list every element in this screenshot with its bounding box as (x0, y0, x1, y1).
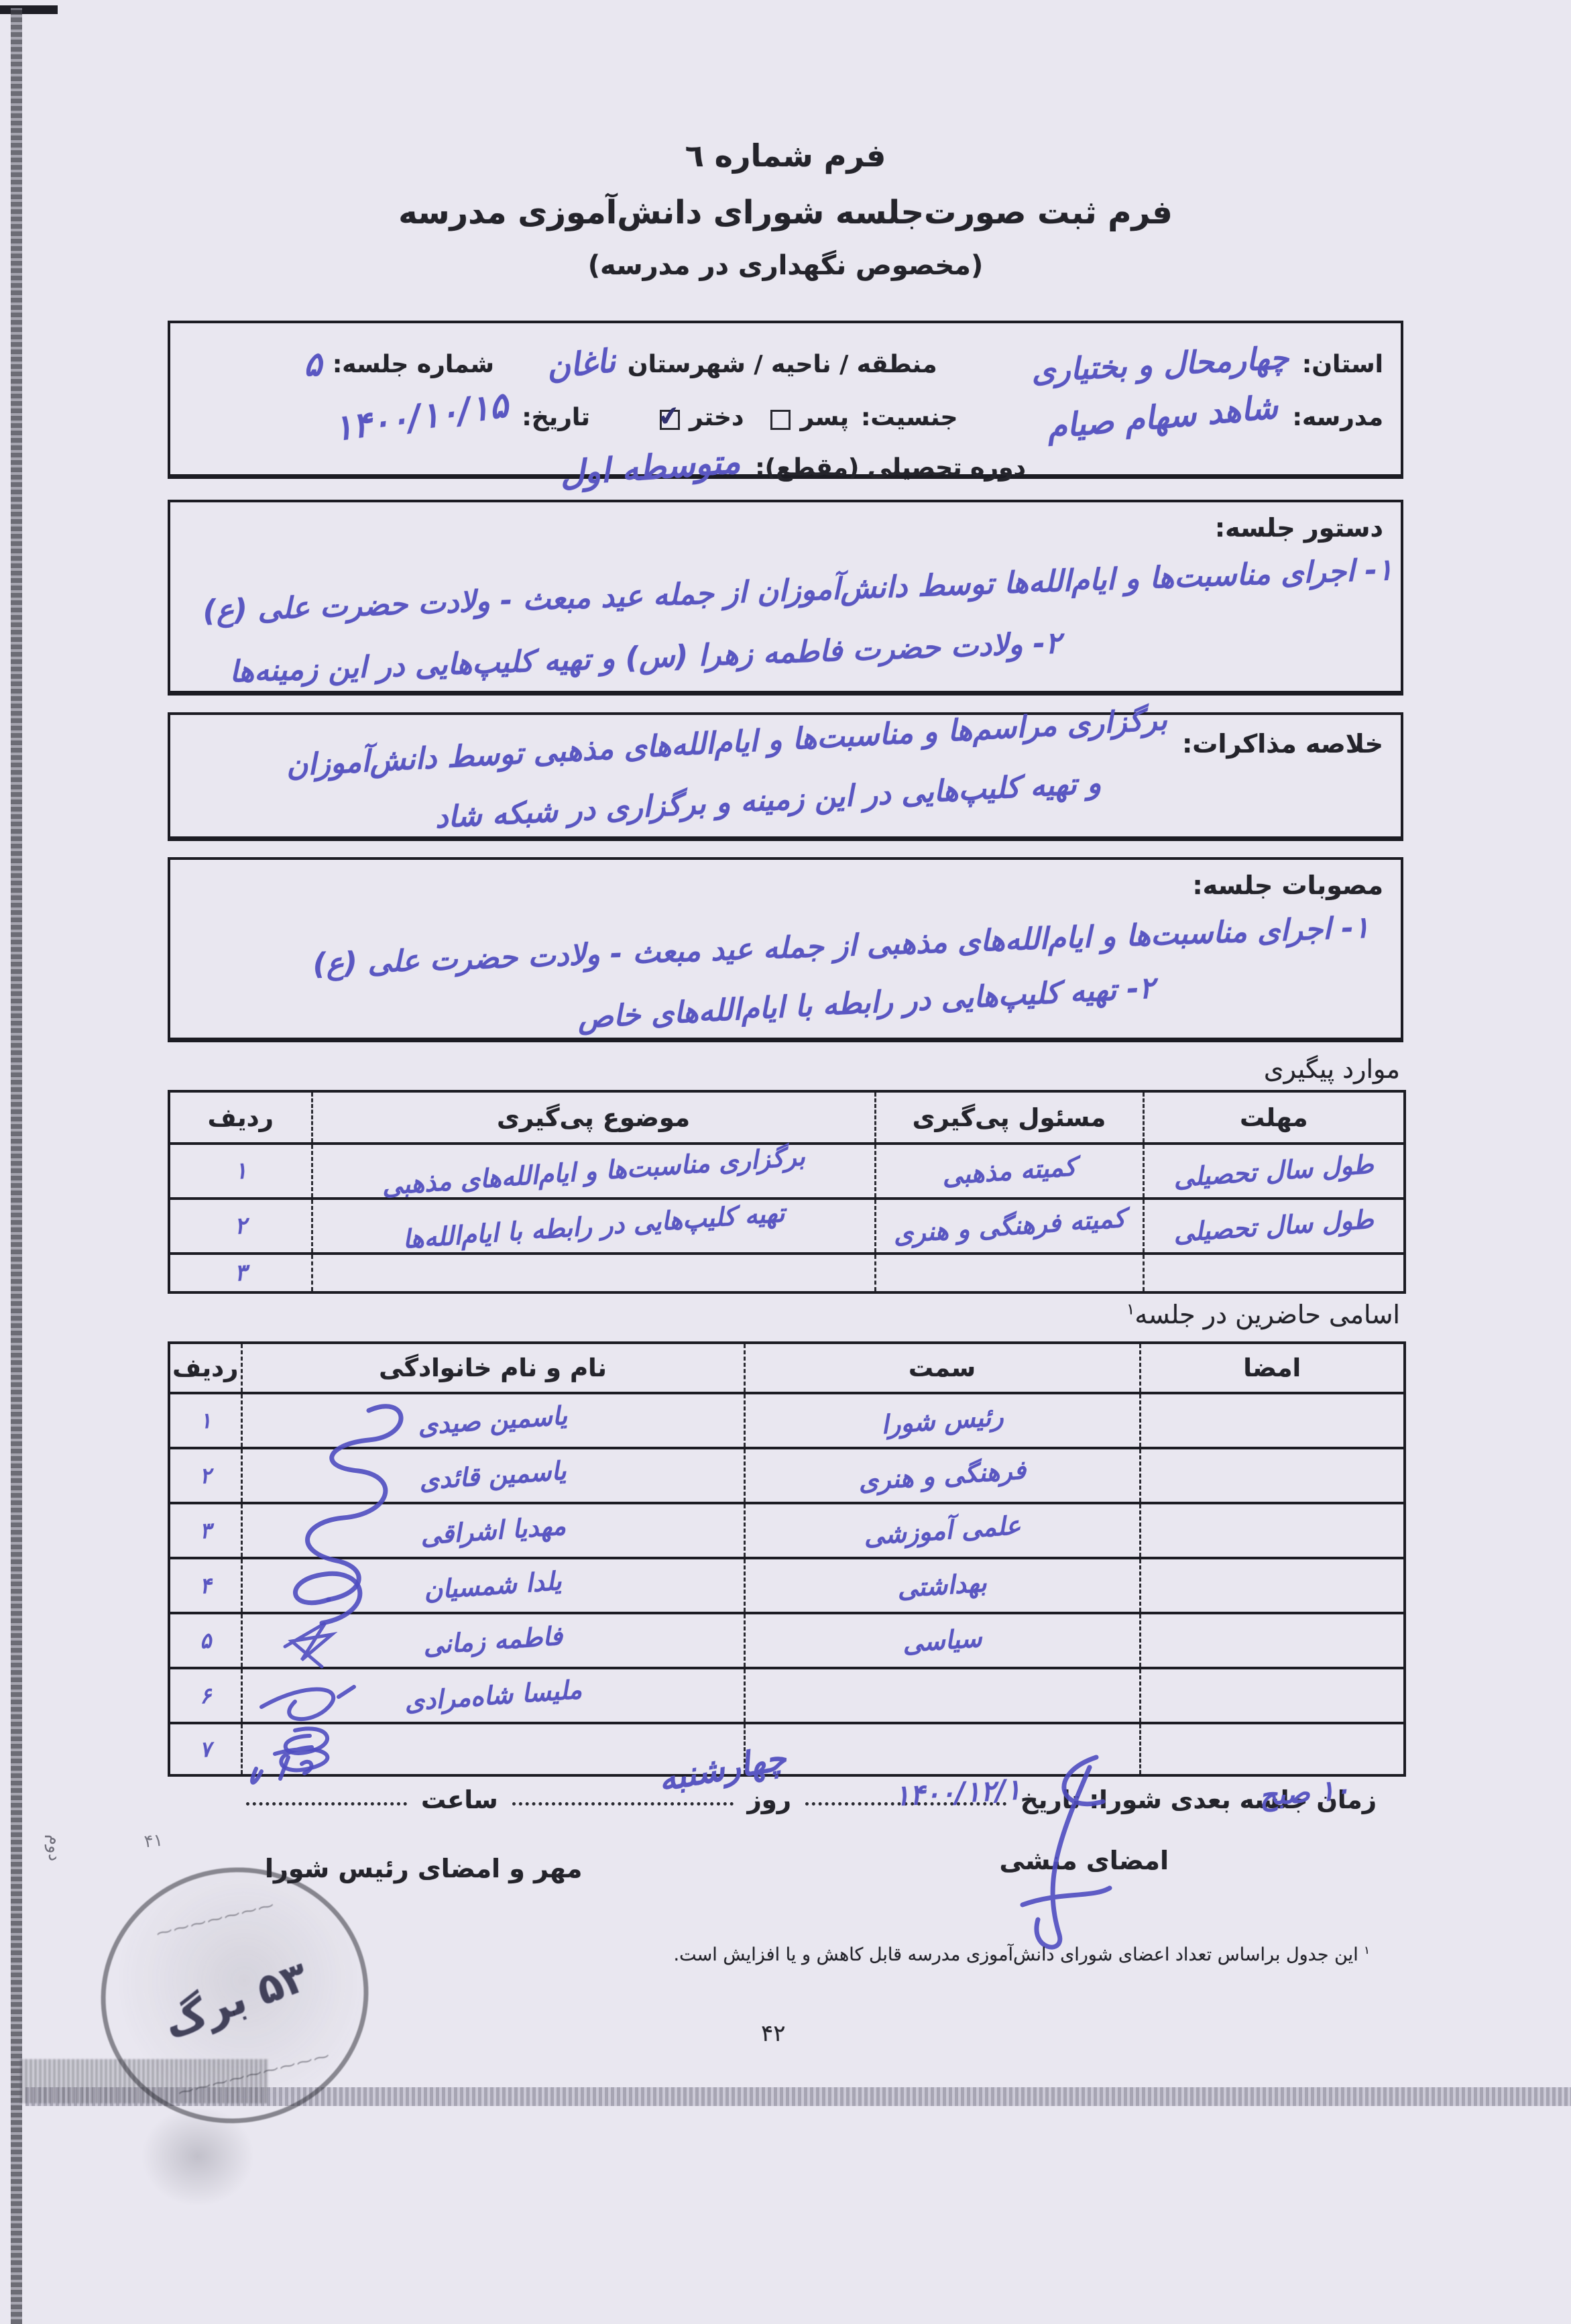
president-signature-label: مهر و امضای رئیس شورا (265, 1854, 582, 1883)
followup-row: طول سال تحصیلی کمیته مذهبی برگزاری مناسب… (169, 1144, 1405, 1199)
attendees-title-text: اسامی حاضرین در جلسه (1134, 1300, 1400, 1329)
province-label: استان: (1302, 351, 1383, 378)
attendee-role: رئیس شورا (880, 1402, 1004, 1440)
attendee-role: سیاسی (901, 1623, 982, 1658)
signature-cell (1140, 1723, 1405, 1775)
attendees-header-row: امضا سمت نام و نام خانوادگی ردیف (169, 1343, 1405, 1393)
attendee-name: مهدیا اشراقی (419, 1510, 567, 1550)
attendee-role: علمی آموزشی (862, 1510, 1021, 1551)
secretary-signature-scribble (959, 1737, 1133, 1958)
attendees-title: اسامی حاضرین در جلسه۱ (1126, 1300, 1400, 1329)
form-subtitle: (مخصوص نگهداری در مدرسه) (0, 250, 1571, 281)
attendee-name: یلدا شمسیان (423, 1566, 563, 1605)
next-meeting-time-label: ساعت (421, 1785, 498, 1814)
attendee-role: بهداشتی (896, 1567, 988, 1603)
signature-cell (1140, 1393, 1405, 1448)
next-meeting-day-label: روز (747, 1785, 791, 1814)
date-label: تاریخ: (522, 404, 590, 431)
scan-edge-mark (0, 5, 58, 14)
followup-subject: تهیه کلیپ‌هایی در رابطه با ایام‌الله‌ها (402, 1198, 785, 1254)
resolutions-label: مصوبات جلسه: (188, 871, 1383, 900)
attendees-header-role: سمت (744, 1343, 1140, 1393)
form-number-title: فرم شماره ٦ (0, 137, 1571, 174)
followup-header-row-no: ردیف (169, 1091, 312, 1144)
table-footnote: ۱ این جدول براساس تعداد اعضای شورای دانش… (163, 1944, 1370, 1965)
check-mark: ✔ (656, 400, 683, 433)
gender-girl-checkbox: ✔ (660, 410, 680, 430)
followup-deadline: طول سال تحصیلی (1173, 1150, 1375, 1193)
next-meeting-line: زمان جلسه بعدی شورا: تاریخ روز ساعت (241, 1785, 1377, 1814)
summary-label: خلاصه مذاکرات: (1182, 729, 1383, 759)
followup-deadline: طول سال تحصیلی (1173, 1205, 1375, 1248)
followup-row-no: ۳ (233, 1259, 247, 1286)
gender-label: جنسیت: (861, 404, 957, 431)
time-blank-line (246, 1785, 407, 1806)
summary-box: خلاصه مذاکرات: برگزاری مراسم‌ها و مناسبت… (168, 712, 1403, 841)
signature-cell (1140, 1503, 1405, 1558)
followup-header-row: مهلت مسئول پی‌گیری موضوع پی‌گیری ردیف (169, 1091, 1405, 1144)
gender-girl-label: دختر (689, 404, 744, 431)
region-label: منطقه / ناحیه / شهرستان (628, 351, 937, 378)
attendees-header-name: نام و نام خانوادگی (241, 1343, 744, 1393)
stamp-center-text: ۵۳ برگ (158, 1952, 314, 2049)
attendees-header-sign: امضا (1140, 1343, 1405, 1393)
school-label: مدرسه: (1293, 404, 1383, 431)
followup-row-no: ۲ (233, 1212, 247, 1239)
gender-boy-checkbox (770, 410, 791, 430)
followup-table: مهلت مسئول پی‌گیری موضوع پی‌گیری ردیف طو… (168, 1090, 1406, 1294)
followup-row: طول سال تحصیلی کمیته فرهنگی و هنری تهیه … (169, 1199, 1405, 1254)
info-row-school: مدرسه: شاهد سهام صیام جنسیت: پسر دختر ✔ … (188, 390, 1383, 444)
scanned-form-page: { "header": { "form_no": "فرم شماره ٦", … (0, 0, 1571, 2324)
attendees-header-row-no: ردیف (169, 1343, 241, 1393)
signature-cell (1140, 1668, 1405, 1723)
session-no-value: ۵ (304, 345, 322, 384)
info-box: استان: چهارمحال و بختیاری منطقه / ناحیه … (168, 321, 1403, 479)
footnote-text: این جدول براساس تعداد اعضای شورای دانش‌آ… (674, 1944, 1358, 1965)
date-value: ۱۴۰۰/۱۰/۱۵ (331, 385, 510, 449)
level-label: دوره تحصیلی (مقطع): (755, 454, 1026, 482)
followup-header-owner: مسئول پی‌گیری (875, 1091, 1143, 1144)
followup-header-deadline: مهلت (1143, 1091, 1405, 1144)
stamp-top-text: ⁓⁓⁓⁓⁓⁓⁓ (154, 1895, 277, 1943)
stamp-bottom-text: ⁓⁓⁓⁓⁓⁓⁓⁓⁓ (176, 2046, 333, 2103)
followup-row-no: ۱ (233, 1157, 247, 1184)
session-no-label: شماره جلسه: (333, 351, 494, 378)
followup-owner: کمیته فرهنگی و هنری (892, 1203, 1126, 1249)
next-meeting-time-value: ۱۰ صبح (1258, 1773, 1350, 1812)
followup-row: ۳ (169, 1254, 1405, 1292)
signature-cell (1140, 1613, 1405, 1668)
level-value: متوسطه اول (559, 442, 742, 494)
info-row-province: استان: چهارمحال و بختیاری منطقه / ناحیه … (188, 338, 1383, 390)
footnote-marker: ۱ (1364, 1944, 1370, 1956)
attendee-signature-row6 (168, 1717, 436, 1791)
page-number: ۴۲ (761, 2020, 786, 2047)
followup-owner: کمیته مذهبی (941, 1152, 1078, 1191)
form-header: فرم شماره ٦ فرم ثبت صورت‌جلسه شورای دانش… (0, 137, 1571, 281)
attendee-name: یاسمین صیدی (417, 1400, 569, 1440)
stamp-side-note: دوم (44, 1834, 64, 1861)
stamp-code-note: ۴۱ (143, 1830, 164, 1852)
attendee-name: فاطمه زمانی (422, 1621, 564, 1660)
attendee-role: فرهنگی و هنری (858, 1455, 1027, 1496)
form-title: فرم ثبت صورت‌جلسه شورای دانش‌آموزی مدرسه (0, 194, 1571, 231)
signature-cell (1140, 1448, 1405, 1503)
province-value: چهارمحال و بختیاری (1030, 339, 1289, 389)
followup-header-subject: موضوع پی‌گیری (312, 1091, 875, 1144)
followup-subject: برگزاری مناسبت‌ها و ایام‌الله‌های مذهبی (381, 1142, 806, 1201)
region-value: ناغان (544, 342, 617, 386)
followup-title: موارد پیگیری (1264, 1054, 1400, 1084)
info-row-level: دوره تحصیلی (مقطع): متوسطه اول (188, 444, 1383, 491)
gender-boy-label: پسر (800, 404, 849, 431)
agenda-label: دستور جلسه: (188, 513, 1383, 543)
scan-edge-strip (11, 8, 22, 2324)
school-value: شاهد سهام صیام (1045, 388, 1279, 446)
signature-cell (1140, 1558, 1405, 1613)
attendee-name: یاسمین قائدی (418, 1455, 567, 1495)
attendees-footnote-marker: ۱ (1126, 1301, 1134, 1318)
